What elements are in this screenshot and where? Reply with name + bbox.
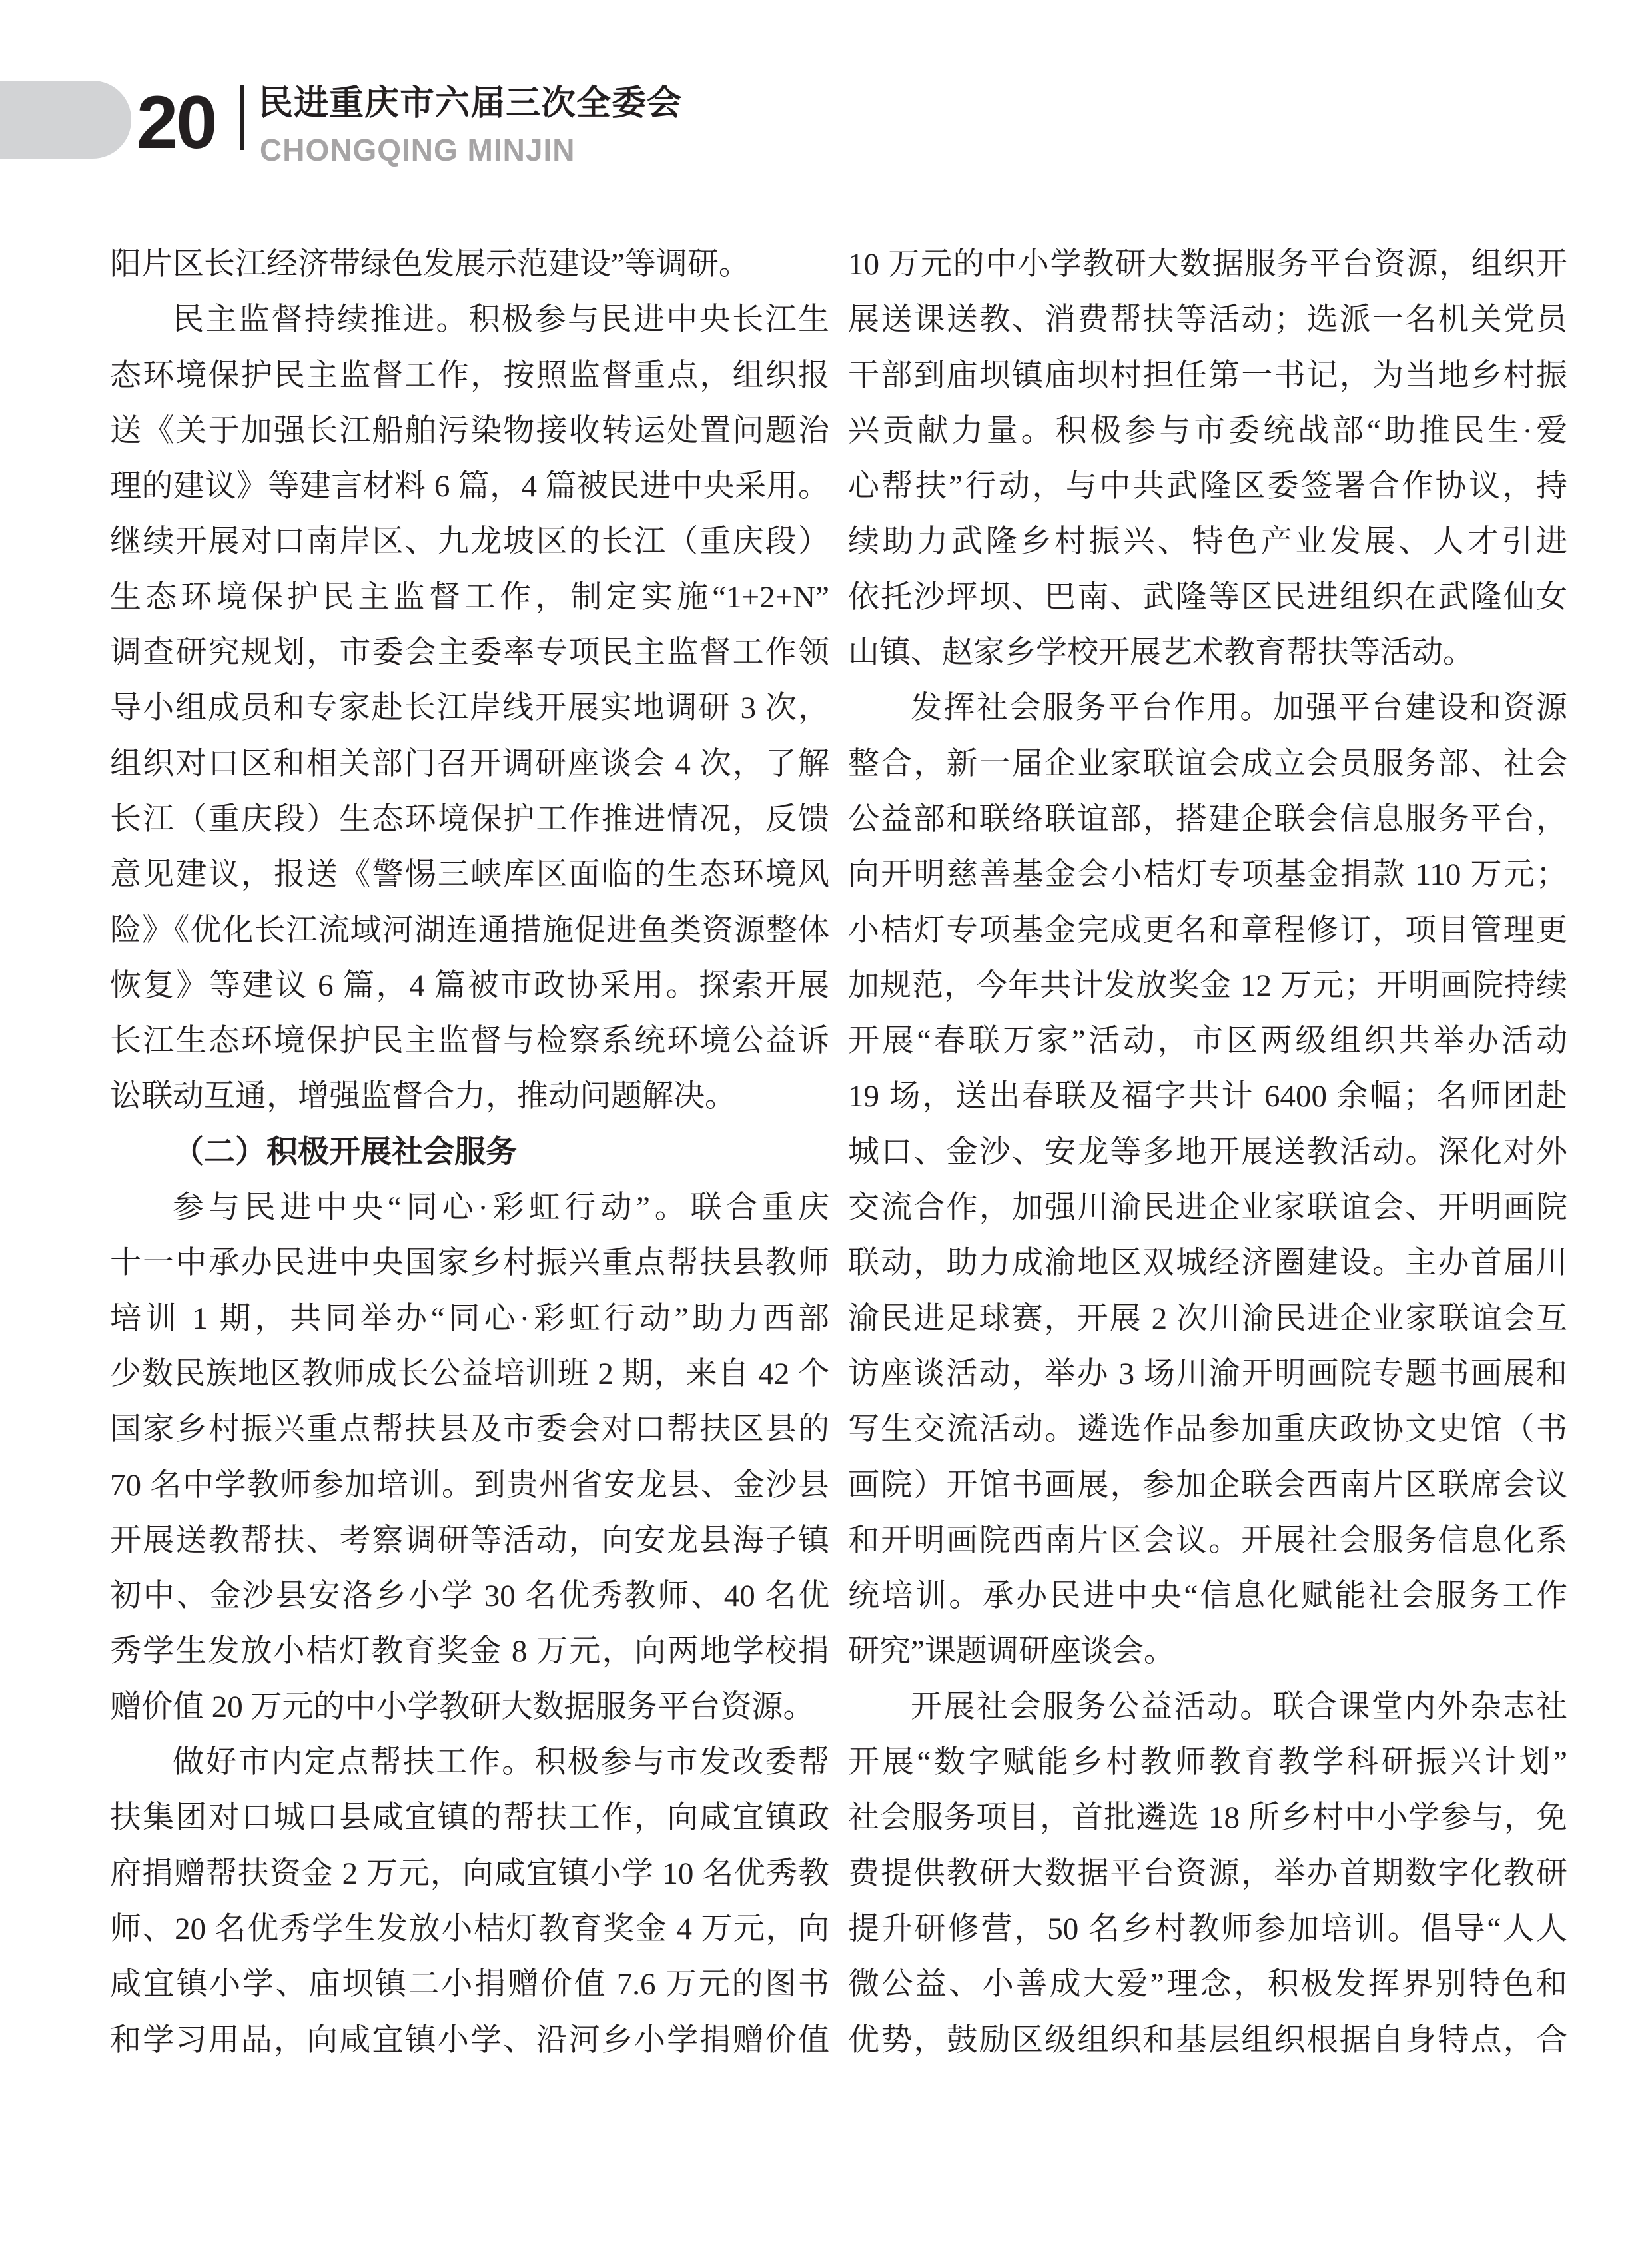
page-title: 民进重庆市六届三次全委会 [258,85,682,122]
text-line: 开展“春联万家”活动，市区两级组织共举办活动 [848,1014,1567,1069]
section-heading: （二）积极开展社会服务 [110,1125,829,1180]
text-line: 开展社会服务公益活动。联合课堂内外杂志社 [848,1680,1567,1735]
text-line: 秀学生发放小桔灯教育奖金 8 万元，向两地学校捐 [110,1624,829,1679]
text-line: 微公益、小善成大爱”理念，积极发挥界别特色和 [848,1957,1567,2012]
text-line: 险》《优化长江流域河湖连通措施促进鱼类资源整体 [110,903,829,958]
text-line: 统培训。承办民进中央“信息化赋能社会服务工作 [848,1569,1567,1624]
text-line: 培训 1 期，共同举办“同心·彩虹行动”助力西部 [110,1292,829,1347]
right-column: 10 万元的中小学教研大数据服务平台资源，组织开展送课送教、消费帮扶等活动；选派… [848,237,1567,2068]
text-line: 扶集团对口城口县咸宜镇的帮扶工作，向咸宜镇政 [110,1790,829,1846]
text-line: 访座谈活动，举办 3 场川渝开明画院专题书画展和 [848,1347,1567,1402]
text-line: 师、20 名优秀学生发放小桔灯教育奖金 4 万元，向 [110,1902,829,1957]
text-line: 生态环境保护民主监督工作，制定实施“1+2+N” [110,570,829,625]
text-line: 国家乡村振兴重点帮扶县及市委会对口帮扶区县的 [110,1402,829,1457]
text-line: 长江（重庆段）生态环境保护工作推进情况，反馈 [110,792,829,847]
text-line: 少数民族地区教师成长公益培训班 2 期，来自 42 个 [110,1347,829,1402]
text-line: 干部到庙坝镇庙坝村担任第一书记，为当地乡村振 [848,348,1567,404]
text-line: 恢复》等建议 6 篇，4 篇被市政协采用。探索开展 [110,958,829,1014]
text-line: 府捐赠帮扶资金 2 万元，向咸宜镇小学 10 名优秀教 [110,1846,829,1902]
text-line: 研究”课题调研座谈会。 [848,1624,1567,1679]
text-line: 兴贡献力量。积极参与市委统战部“助推民生·爱 [848,404,1567,459]
text-line: 城口、金沙、安龙等多地开展送教活动。深化对外 [848,1125,1567,1180]
text-line: 19 场，送出春联及福字共计 6400 余幅；名师团赴 [848,1069,1567,1124]
text-line: 优势，鼓励区级组织和基层组织根据自身特点，合 [848,2013,1567,2068]
text-line: 社会服务项目，首批遴选 18 所乡村中小学参与，免 [848,1790,1567,1846]
text-line: 费提供教研大数据平台资源，举办首期数字化教研 [848,1846,1567,1902]
text-line: 调查研究规划，市委会主委率专项民主监督工作领 [110,625,829,681]
text-line: 送《关于加强长江船舶污染物接收转运处置问题治 [110,404,829,459]
text-line: 画院）开馆书画展，参加企联会西南片区联席会议 [848,1458,1567,1513]
text-line: 开展“数字赋能乡村教师教育教学科研振兴计划” [848,1735,1567,1790]
text-line: 续助力武隆乡村振兴、特色产业发展、人才引进等。 [848,514,1567,569]
text-line: 加规范，今年共计发放奖金 12 万元；开明画院持续 [848,958,1567,1014]
text-line: 讼联动互通，增强监督合力，推动问题解决。 [110,1069,829,1124]
text-line: 态环境保护民主监督工作，按照监督重点，组织报 [110,348,829,404]
text-line: 依托沙坪坝、巴南、武隆等区民进组织在武隆仙女 [848,570,1567,625]
page-subtitle: CHONGQING MINJIN [260,135,575,165]
text-line: 组织对口区和相关部门召开调研座谈会 4 次，了解 [110,737,829,792]
text-line: 联动，助力成渝地区双城经济圈建设。主办首届川 [848,1236,1567,1291]
text-line: 赠价值 20 万元的中小学教研大数据服务平台资源。 [110,1680,829,1735]
text-line: 导小组成员和专家赴长江岸线开展实地调研 3 次， [110,681,829,736]
text-line: 发挥社会服务平台作用。加强平台建设和资源 [848,681,1567,736]
text-line: 意见建议，报送《警惕三峡库区面临的生态环境风 [110,847,829,903]
text-line: 参与民进中央“同心·彩虹行动”。联合重庆 [110,1180,829,1236]
text-line: 提升研修营，50 名乡村教师参加培训。倡导“人人 [848,1902,1567,1957]
corner-tab [0,81,131,159]
left-column: 阳片区长江经济带绿色发展示范建设”等调研。民主监督持续推进。积极参与民进中央长江… [110,237,829,2068]
text-line: 小桔灯专项基金完成更名和章程修订，项目管理更 [848,903,1567,958]
text-line: 公益部和联络联谊部，搭建企联会信息服务平台， [848,792,1567,847]
text-line: 初中、金沙县安洛乡小学 30 名优秀教师、40 名优 [110,1569,829,1624]
text-line: 和学习用品，向咸宜镇小学、沿河乡小学捐赠价值 [110,2013,829,2068]
text-line: 向开明慈善基金会小桔灯专项基金捐款 110 万元； [848,847,1567,903]
text-line: 十一中承办民进中央国家乡村振兴重点帮扶县教师 [110,1236,829,1291]
text-line: 整合，新一届企业家联谊会成立会员服务部、社会 [848,737,1567,792]
text-line: 10 万元的中小学教研大数据服务平台资源，组织开 [848,237,1567,292]
page-number: 20 [137,85,216,160]
page: 20 民进重庆市六届三次全委会 CHONGQING MINJIN 阳片区长江经济… [0,0,1652,2242]
text-line: 阳片区长江经济带绿色发展示范建设”等调研。 [110,237,829,292]
text-line: 开展送教帮扶、考察调研等活动，向安龙县海子镇 [110,1513,829,1569]
text-line: 展送课送教、消费帮扶等活动；选派一名机关党员 [848,292,1567,348]
text-line: 做好市内定点帮扶工作。积极参与市发改委帮 [110,1735,829,1790]
text-line: 渝民进足球赛，开展 2 次川渝民进企业家联谊会互 [848,1292,1567,1347]
text-line: 继续开展对口南岸区、九龙坡区的长江（重庆段） [110,514,829,569]
text-line: 心帮扶”行动，与中共武隆区委签署合作协议，持 [848,459,1567,514]
text-line: 民主监督持续推进。积极参与民进中央长江生 [110,292,829,348]
header-divider [240,85,244,150]
text-line: 长江生态环境保护民主监督与检察系统环境公益诉 [110,1014,829,1069]
text-line: 交流合作，加强川渝民进企业家联谊会、开明画院 [848,1180,1567,1236]
text-line: 山镇、赵家乡学校开展艺术教育帮扶等活动。 [848,625,1567,681]
text-line: 70 名中学教师参加培训。到贵州省安龙县、金沙县 [110,1458,829,1513]
text-line: 写生交流活动。遴选作品参加重庆政协文史馆（书 [848,1402,1567,1457]
text-line: 和开明画院西南片区会议。开展社会服务信息化系 [848,1513,1567,1569]
text-line: 咸宜镇小学、庙坝镇二小捐赠价值 7.6 万元的图书 [110,1957,829,2012]
text-line: 理的建议》等建言材料 6 篇，4 篇被民进中央采用。 [110,459,829,514]
